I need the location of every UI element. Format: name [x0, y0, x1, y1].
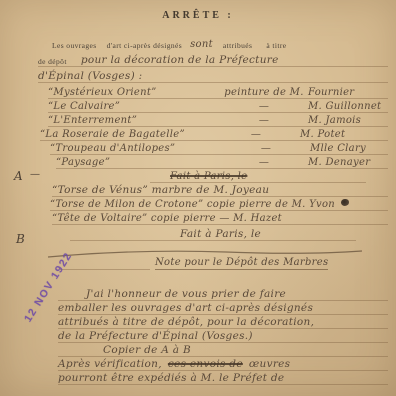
sculpture-entry: “Torse de Milon de Crotone” copie pierre… — [50, 199, 335, 210]
margin-dash: — — [30, 169, 40, 180]
printed-text: à titre — [266, 41, 286, 50]
body-line: de la Préfecture d'Épinal (Vosges.) — [58, 328, 388, 343]
body-text: pourront être expédiés à M. le Préfet de — [58, 372, 284, 384]
body-text: attribués à titre de dépôt, pour la déco… — [58, 316, 314, 328]
artwork-title: “La Roseraie de Bagatelle” — [40, 129, 212, 140]
printed-text: d'art ci-après désignés — [107, 41, 183, 50]
body-text: J'ai l'honneur de vous prier de faire — [86, 288, 286, 300]
artwork-medium: — — [220, 101, 308, 112]
intro-destination-line: de dépôt pour la décoration de la Préfec… — [38, 52, 388, 67]
printed-text: Les ouvrages — [52, 41, 97, 50]
intro-printed-line: Les ouvrages d'art ci-après désignés son… — [52, 36, 374, 50]
body-text: de la Préfecture d'Épinal (Vosges.) — [58, 330, 253, 342]
artwork-medium: — — [220, 157, 308, 168]
fait-paris-text: Fait à Paris, le — [180, 228, 261, 240]
fait-paris-line: Fait à Paris, le — [70, 226, 356, 241]
body-line: attribués à titre de dépôt, pour la déco… — [58, 314, 388, 329]
artwork-row: “Le Calvaire” — M. Guillonnet — [48, 98, 388, 113]
handwritten-destination: pour la décoration de la Préfecture — [81, 54, 279, 66]
artwork-medium: peinture de M. — [220, 87, 308, 98]
artwork-artist: Fournier — [308, 87, 388, 98]
struck-text: Fait à Paris, le — [170, 171, 247, 182]
sculpture-entry: “Tête de Voltaire” copie pierre — M. Haz… — [52, 213, 282, 224]
struck-fait-line: Fait à Paris, le — [150, 168, 366, 183]
intro-destination-line2: d'Épinal (Vosges) : — [38, 68, 388, 83]
body-line: Après vérification, ces envois de œuvres — [58, 356, 388, 371]
artwork-title: “Paysage” — [56, 157, 220, 168]
artwork-row: “Mystérieux Orient” peinture de M. Fourn… — [48, 84, 388, 99]
artwork-medium: — — [212, 129, 300, 140]
artwork-row: “Troupeau d'Antilopes” — Mlle Clary — [50, 140, 388, 155]
body-text: Après vérification, — [58, 358, 162, 370]
artwork-title: “Le Calvaire” — [48, 101, 220, 112]
artwork-medium: — — [222, 143, 310, 154]
sculpture-row: “Torse de Milon de Crotone” copie pierre… — [50, 196, 388, 211]
artwork-title: “Troupeau d'Antilopes” — [50, 143, 222, 154]
artwork-artist: M. Jamois — [308, 115, 388, 126]
handwritten-destination: d'Épinal (Vosges) : — [38, 70, 143, 82]
body-text-struck: ces envois de — [168, 358, 243, 370]
sculpture-row: “Tête de Voltaire” copie pierre — M. Haz… — [52, 210, 388, 225]
body-line: emballer les ouvrages d'art ci-après dés… — [58, 300, 388, 315]
body-text: œuvres — [249, 358, 291, 370]
margin-mark-b: B — [16, 232, 25, 246]
document-page: ARRÊTE : Les ouvrages d'art ci-après dés… — [0, 0, 396, 396]
copier-text: Copier de A à B — [103, 344, 191, 356]
handwritten-insert: sont — [190, 39, 213, 50]
body-line: J'ai l'honneur de vous prier de faire — [58, 286, 388, 301]
body-text: emballer les ouvrages d'art ci-après dés… — [58, 302, 313, 314]
artwork-title: “Mystérieux Orient” — [48, 87, 220, 98]
artwork-row: “L'Enterrement” — M. Jamois — [48, 112, 388, 127]
artwork-artist: M. Guillonnet — [308, 101, 388, 112]
sculpture-row: “Torse de Vénus” marbre de M. Joyeau — [52, 182, 388, 197]
printed-text: de dépôt — [38, 57, 67, 66]
body-line: pourront être expédiés à M. le Préfet de — [58, 370, 388, 385]
sculpture-entry: “Torse de Vénus” marbre de M. Joyeau — [52, 184, 269, 196]
artwork-artist: Mlle Clary — [310, 143, 388, 154]
artwork-row: “La Roseraie de Bagatelle” — M. Potet — [40, 126, 388, 141]
margin-mark-a: A — [14, 169, 23, 183]
artwork-medium: — — [220, 115, 308, 126]
decree-title: ARRÊTE : — [0, 10, 396, 21]
printed-text: attribués — [223, 41, 252, 50]
artwork-title: “L'Enterrement” — [48, 115, 220, 126]
artwork-artist: M. Denayer — [308, 157, 388, 168]
artwork-row: “Paysage” — M. Denayer — [56, 154, 388, 169]
note-title: Note pour le Dépôt des Marbres — [155, 257, 328, 270]
artwork-artist: M. Potet — [300, 129, 388, 140]
copier-line: Copier de A à B — [58, 342, 388, 357]
